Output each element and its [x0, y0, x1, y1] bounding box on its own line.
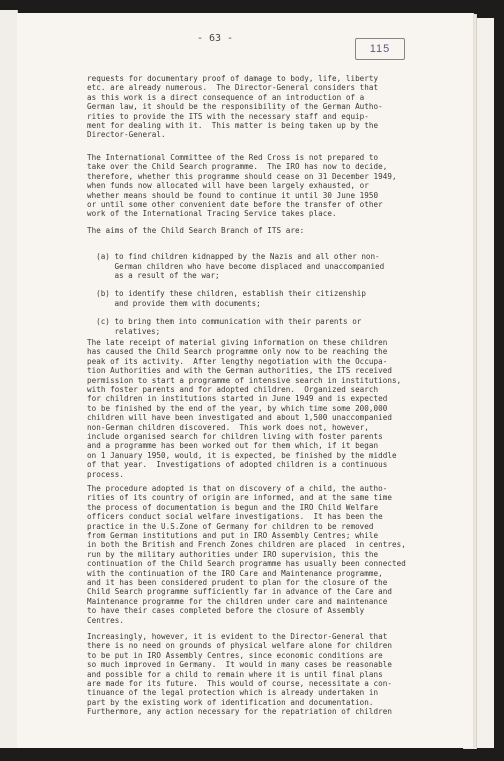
list-marker: (a) — [96, 252, 110, 261]
paragraph: The International Committee of the Red C… — [87, 153, 397, 219]
list-item: (c) to bring them into communication wit… — [87, 308, 361, 336]
list-marker: (b) — [96, 289, 110, 298]
paragraph: The procedure adopted is that on discove… — [87, 484, 406, 625]
archive-stamp: 115 — [355, 38, 405, 60]
list-text: to bring them into communication with th… — [114, 317, 361, 336]
previous-page-edge — [0, 10, 18, 748]
list-text: to identify these children, establish th… — [114, 289, 365, 308]
list-item: (a) to find children kidnapped by the Na… — [87, 243, 384, 281]
list-text: to find children kidnapped by the Nazis … — [114, 252, 384, 280]
list-item: (b) to identify these children, establis… — [87, 280, 366, 308]
paragraph: The aims of the Child Search Branch of I… — [87, 226, 304, 235]
paragraph: The late receipt of material giving info… — [87, 338, 401, 479]
page-number: - 63 - — [185, 33, 245, 44]
list-marker: (c) — [96, 317, 110, 326]
paragraph: requests for documentary proof of damage… — [87, 74, 383, 140]
page-stack-edge — [475, 18, 494, 748]
paragraph: Increasingly, however, it is evident to … — [87, 632, 392, 717]
